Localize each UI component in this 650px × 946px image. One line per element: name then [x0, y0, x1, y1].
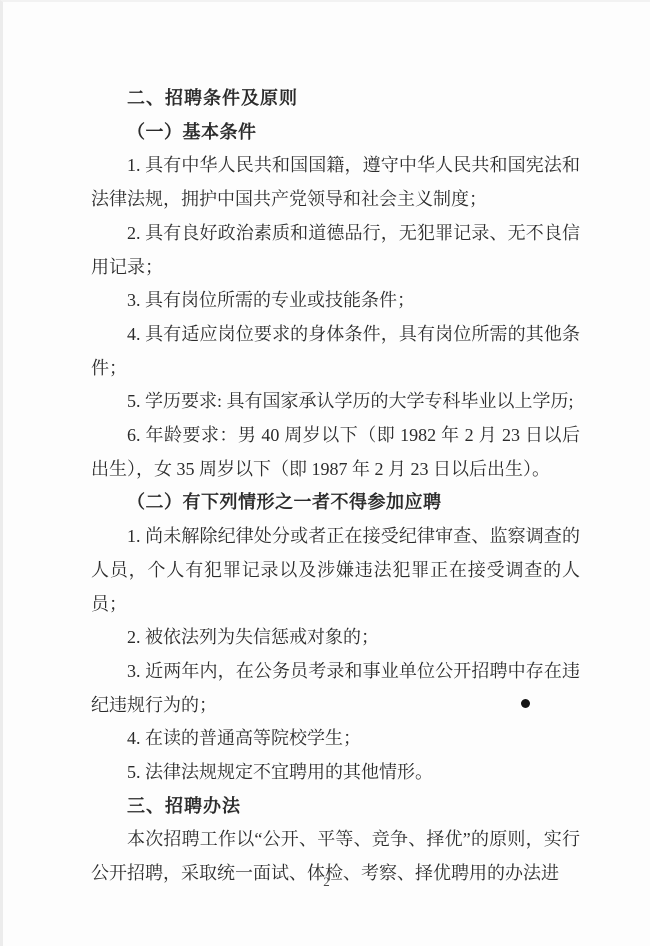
basic-condition-item-5: 5. 学历要求: 具有国家承认学历的大学专科毕业以上学历;: [91, 385, 580, 419]
basic-condition-item-1: 1. 具有中华人民共和国国籍，遵守中华人民共和国宪法和法律法规，拥护中国共产党领…: [91, 149, 580, 216]
subsection-1-heading: （一）基本条件: [91, 116, 580, 150]
section-2-heading: 二、招聘条件及原则: [91, 82, 580, 116]
basic-condition-item-6: 6. 年龄要求：男 40 周岁以下（即 1982 年 2 月 23 日以后出生）…: [91, 419, 580, 486]
document-page: 二、招聘条件及原则 （一）基本条件 1. 具有中华人民共和国国籍，遵守中华人民共…: [0, 0, 650, 946]
exclusion-item-3: 3. 近两年内，在公务员考录和事业单位公开招聘中存在违纪违规行为的；: [91, 655, 580, 722]
exclusion-item-4: 4. 在读的普通高等院校学生；: [91, 722, 580, 756]
document-body: 二、招聘条件及原则 （一）基本条件 1. 具有中华人民共和国国籍，遵守中华人民共…: [91, 82, 580, 891]
basic-condition-item-3: 3. 具有岗位所需的专业或技能条件；: [91, 284, 580, 318]
exclusion-item-2: 2. 被依法列为失信惩戒对象的；: [91, 621, 580, 655]
stray-dot-mark: [521, 699, 530, 708]
basic-condition-item-2: 2. 具有良好政治素质和道德品行，无犯罪记录、无不良信用记录；: [91, 217, 580, 284]
basic-condition-item-4: 4. 具有适应岗位要求的身体条件，具有岗位所需的其他条件；: [91, 318, 580, 385]
exclusion-item-5: 5. 法律法规规定不宜聘用的其他情形。: [91, 756, 580, 790]
subsection-2-heading: （二）有下列情形之一者不得参加应聘: [91, 486, 580, 520]
section-3-heading: 三、招聘办法: [91, 790, 580, 824]
page-number: 2: [3, 874, 650, 890]
exclusion-item-1: 1. 尚未解除纪律处分或者正在接受纪律审查、监察调查的人员，个人有犯罪记录以及涉…: [91, 520, 580, 621]
